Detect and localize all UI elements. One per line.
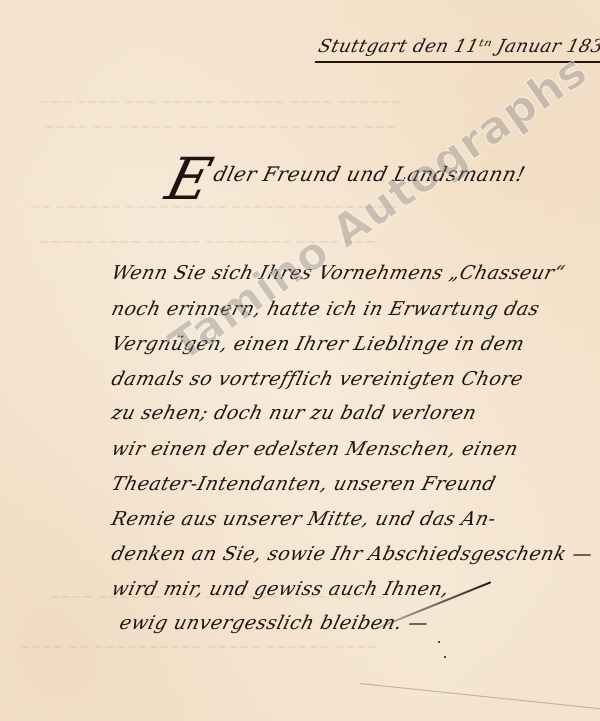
body-line: denken an Sie, sowie Ihr Abschiedsgesche… bbox=[109, 543, 595, 565]
body-line: zu sehen; doch nur zu bald verloren bbox=[109, 402, 479, 424]
body-line: noch erinnern, hatte ich in Erwartung da… bbox=[109, 298, 542, 320]
salutation-initial: E bbox=[160, 145, 220, 213]
body-line: Theater-Intendanten, unseren Freund bbox=[109, 473, 498, 495]
letter-page: ~~~ ~~~~ ~~~ ~~~~~ ~~~~~~ ~~~~ ~~~~~~ ~~… bbox=[0, 0, 600, 721]
ink-dot bbox=[444, 656, 446, 658]
body-line: wir einen der edelsten Menschen, einen bbox=[109, 438, 520, 460]
ink-dot bbox=[438, 641, 440, 643]
body-line: Remie aus unserer Mitte, und das An- bbox=[109, 508, 498, 530]
body-line: damals so vortrefflich vereinigten Chore bbox=[109, 368, 525, 390]
body-line: wird mir, und gewiss auch Ihnen, bbox=[109, 578, 451, 600]
show-through-text: ~~~~ ~~ ~~~~~~~~~~ ~~~~~ ~~~~~~ ~~~~ bbox=[18, 640, 600, 650]
paper-fold-line bbox=[360, 683, 600, 710]
